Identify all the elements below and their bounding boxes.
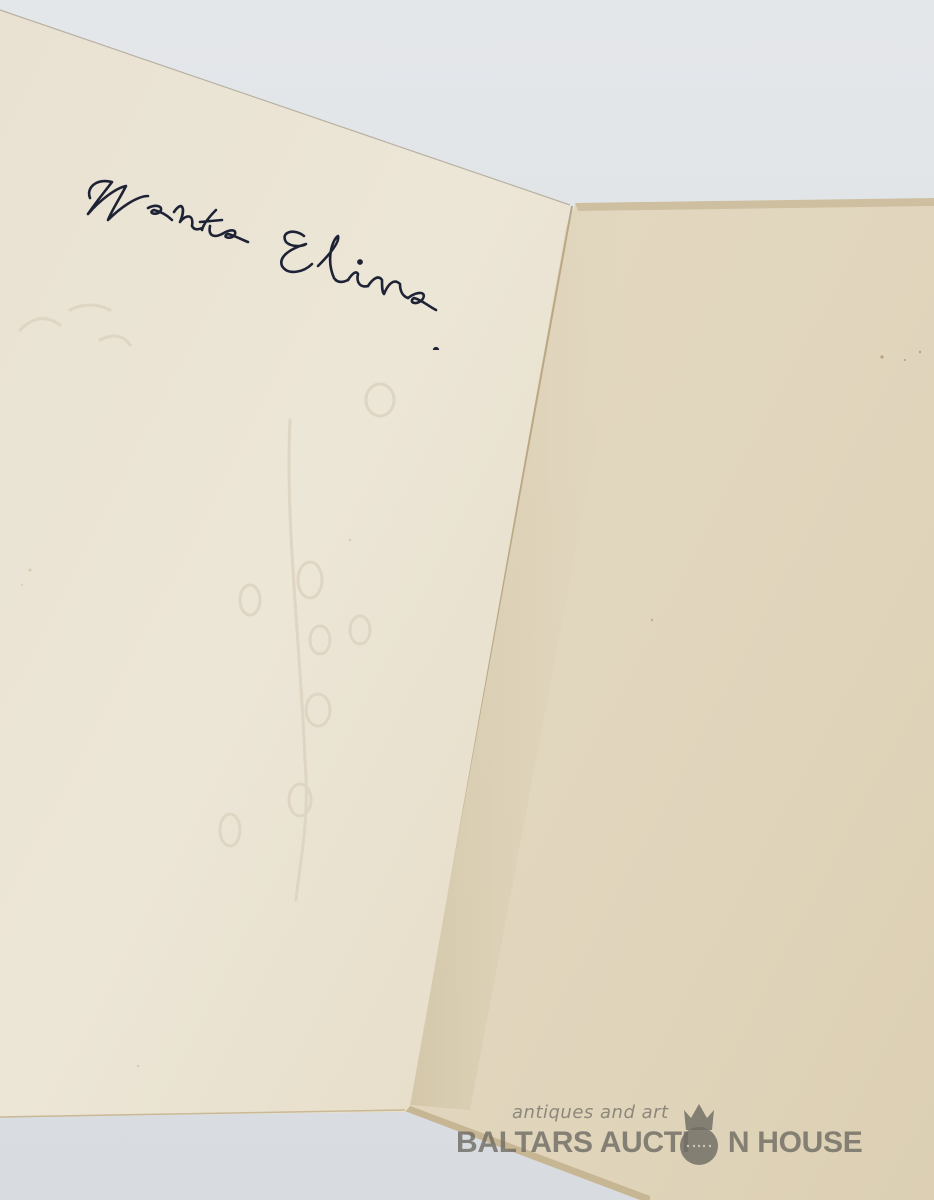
watermark-tagline: antiques and art	[512, 1102, 669, 1123]
handwritten-signature: Wehte Eline	[82, 170, 462, 350]
photo-scene: Wehte Eline ant	[0, 0, 934, 1200]
crown-orb-icon	[678, 1100, 720, 1166]
auction-house-watermark: antiques and art BALTARS AUCTIN HOUSE	[456, 1100, 856, 1170]
watermark-name: BALTARS AUCTIN HOUSE	[456, 1126, 862, 1160]
